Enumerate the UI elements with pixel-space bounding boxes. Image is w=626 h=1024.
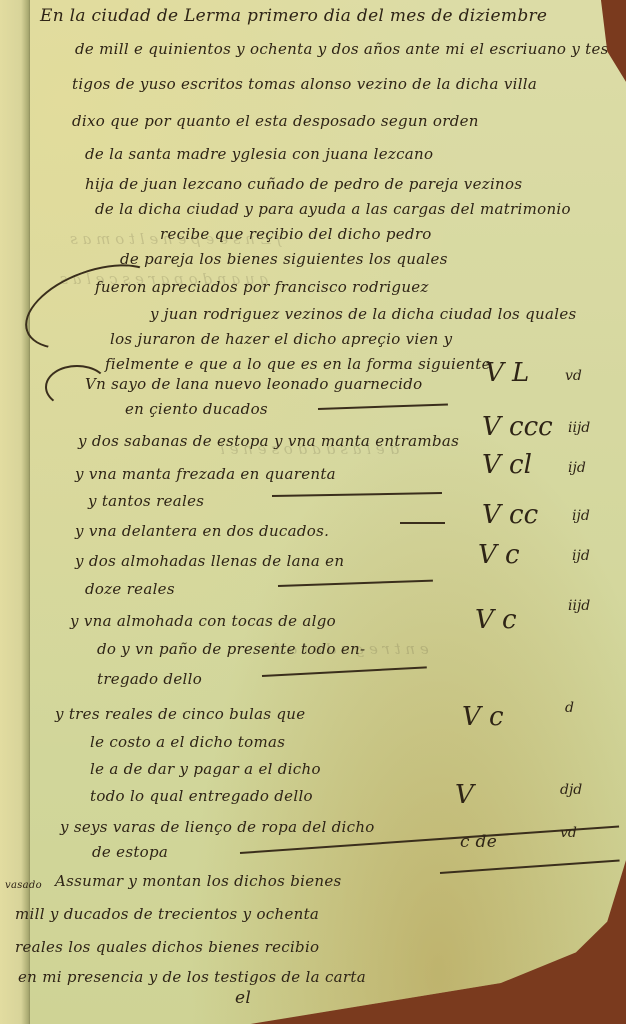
header-line: los juraron de hazer el dicho apreçio vi… (110, 330, 452, 348)
item-amount: V L (485, 358, 529, 388)
item-rule (400, 522, 445, 524)
inventory-item-line: y tres reales de cinco bulas que (55, 705, 305, 723)
item-value: d (565, 700, 574, 716)
total-label: c de (460, 832, 497, 852)
inventory-item-line: y vna delantera en dos ducados. (75, 522, 329, 540)
header-line: En la ciudad de Lerma primero dia del me… (40, 6, 547, 26)
item-value: iijd (568, 420, 590, 436)
header-line: de mill e quinientos y ochenta y dos año… (75, 40, 614, 58)
closing-line: mill y ducados de trecientos y ochenta (15, 905, 319, 923)
closing-line: reales los quales dichos bienes recibio (15, 938, 319, 956)
header-line: dixo que por quanto el esta desposado se… (72, 112, 479, 130)
item-amount: V cc (482, 500, 538, 530)
inventory-item-line: y tantos reales (88, 492, 204, 510)
header-line: hija de juan lezcano cuñado de pedro de … (85, 175, 522, 193)
item-amount: V (455, 780, 474, 810)
closing-line: Assumar y montan los dichos bienes (55, 872, 342, 890)
inventory-item-line: Vn sayo de lana nuevo leonado guarnecido (85, 375, 422, 393)
total-value: vd (560, 825, 577, 841)
item-amount: V cl (482, 450, 532, 480)
inventory-item-line: do y vn paño de presente todo en- (97, 640, 365, 658)
inventory-item-line: y dos almohadas llenas de lana en (75, 552, 344, 570)
header-line: fielmente e que a lo que es en la forma … (105, 355, 491, 373)
header-line: de pareja los bienes siguientes los qual… (120, 250, 448, 268)
header-line: recibe que reçibio del dicho pedro (160, 225, 432, 243)
closing-line: en mi presencia y de los testigos de la … (18, 968, 366, 986)
header-line: y juan rodriguez vezinos de la dicha ciu… (150, 305, 577, 323)
inventory-item-line: tregado dello (97, 670, 202, 688)
inventory-item-line: todo lo qual entregado dello (90, 787, 313, 805)
item-value: ijd (568, 460, 586, 476)
item-value: vd (565, 368, 582, 384)
item-value: ijd (572, 548, 590, 564)
item-amount: V c (478, 540, 520, 570)
closing-rule (440, 859, 620, 874)
inventory-item-line: doze reales (85, 580, 175, 598)
item-amount: V ccc (482, 412, 553, 442)
inventory-item-line: en çiento ducados (125, 400, 268, 418)
item-rule (278, 580, 433, 587)
closing-line: el (235, 988, 251, 1008)
inventory-item-line: y vna manta frezada en quarenta (75, 465, 336, 483)
binding-gutter (0, 0, 30, 1024)
item-rule (272, 492, 442, 497)
item-amount: V c (462, 702, 504, 732)
item-rule (262, 666, 427, 677)
item-value: ijd (572, 508, 590, 524)
inventory-item-line: y dos sabanas de estopa y vna manta entr… (78, 432, 459, 450)
inventory-item-line: le a de dar y pagar a el dicho (90, 760, 321, 778)
header-line: de la dicha ciudad y para ayuda a las ca… (95, 200, 571, 218)
item-amount: V c (475, 605, 517, 635)
header-line: tigos de yuso escritos tomas alonso vezi… (72, 75, 537, 93)
item-value: djd (560, 782, 582, 798)
inventory-item-line: de estopa (92, 843, 168, 861)
manuscript-page: f E n s e e p e n e l t o m a s q u a n … (0, 0, 626, 1024)
margin-note: vasado (5, 880, 42, 891)
item-rule (318, 403, 448, 410)
header-line: de la santa madre yglesia con juana lezc… (85, 145, 433, 163)
inventory-item-line: le costo a el dicho tomas (90, 733, 285, 751)
inventory-item-line: y vna almohada con tocas de algo (70, 612, 336, 630)
item-value: iijd (568, 598, 590, 614)
inventory-item-line: y seys varas de lienço de ropa del dicho (60, 818, 375, 836)
